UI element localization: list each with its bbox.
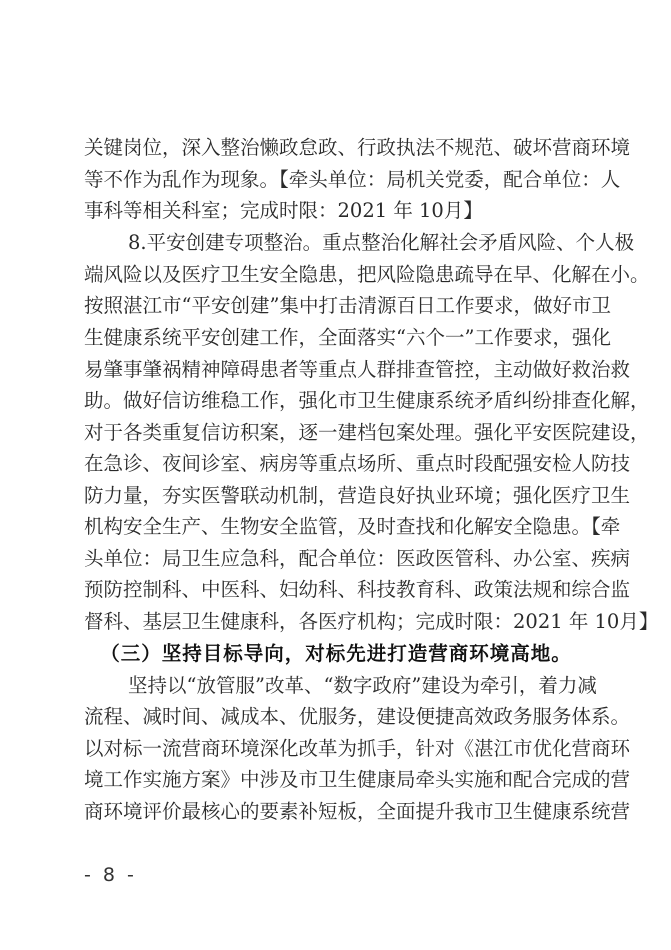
body-text-line: 商环境评价最核心的要素补短板，全面提升我市卫生健康系统营 xyxy=(84,798,588,826)
document-page: 关键岗位，深入整治懒政怠政、行政执法不规范、破坏营商环境 等不作为乱作为现象。【… xyxy=(0,0,671,950)
body-text-line: 机构安全生产、生物安全监管，及时查找和化解安全隐患。【牵 xyxy=(84,513,588,541)
section-8-title-line: 8.平安创建专项整治。重点整治化解社会矛盾风险、个人极 xyxy=(128,229,588,257)
body-text-line: 境工作实施方案》中涉及市卫生健康局牵头实施和配合完成的营 xyxy=(84,766,588,794)
body-text-line: 督科、基层卫生健康科，各医疗机构；完成时限：2021 年 10月】 xyxy=(84,608,588,636)
body-text-line: 预防控制科、中医科、妇幼科、科技教育科、政策法规和综合监 xyxy=(84,576,588,604)
body-text-line: 关键岗位，深入整治懒政怠政、行政执法不规范、破坏营商环境 xyxy=(84,134,588,162)
body-text-line: 端风险以及医疗卫生安全隐患，把风险隐患疏导在早、化解在小。 xyxy=(84,261,588,289)
body-text-line: 生健康系统平安创建工作，全面落实“六个一”工作要求，强化 xyxy=(84,324,588,352)
body-text-line: 头单位：局卫生应急科，配合单位：医政医管科、办公室、疾病 xyxy=(84,545,588,573)
body-text-line: 对于各类重复信访积案，逐一建档包案处理。强化平安医院建设， xyxy=(84,419,588,447)
body-text-line: 易肇事肇祸精神障碍患者等重点人群排查管控，主动做好救治救 xyxy=(84,356,588,384)
body-text-line: 事科等相关科室；完成时限：2021 年 10月】 xyxy=(84,197,588,225)
body-text-line: 流程、减时间、减成本、优服务，建设便捷高效政务服务体系。 xyxy=(84,703,588,731)
page-number: - 8 - xyxy=(84,864,137,886)
body-text-line: 在急诊、夜间诊室、病房等重点场所、重点时段配强安检人防技 xyxy=(84,450,588,478)
body-text-line: 坚持以“放管服”改革、“数字政府”建设为牵引，着力减 xyxy=(128,672,588,700)
section-heading: （三）坚持目标导向，对标先进打造营商环境高地。 xyxy=(84,640,588,668)
body-text-line: 防力量，夯实医警联动机制，营造良好执业环境；强化医疗卫生 xyxy=(84,482,588,510)
body-text-line: 以对标一流营商环境深化改革为抓手，针对《湛江市优化营商环 xyxy=(84,735,588,763)
body-text-line: 等不作为乱作为现象。【牵头单位：局机关党委，配合单位：人 xyxy=(84,166,588,194)
body-text-line: 按照湛江市“平安创建”集中打击清源百日工作要求，做好市卫 xyxy=(84,292,588,320)
body-text-line: 助。做好信访维稳工作，强化市卫生健康系统矛盾纠纷排查化解， xyxy=(84,387,588,415)
